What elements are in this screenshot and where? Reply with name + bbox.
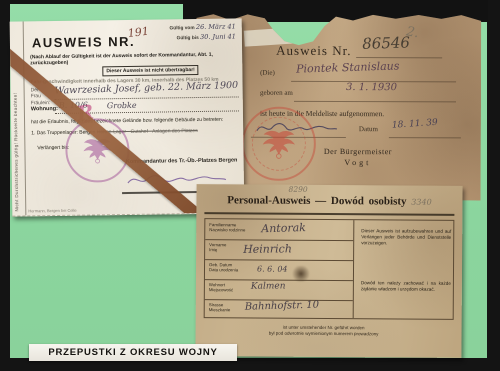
personal-ausweis-document: 8290 Personal-Ausweis — Dowód osobisty 3… (195, 184, 462, 358)
rule-line (294, 101, 456, 103)
mayor-block: Der Bürgermeister Vogt (324, 147, 392, 167)
eagle-icon (256, 128, 302, 160)
footer-note: ist unter umstehender Nr. geführt worden… (196, 324, 452, 337)
holder-name-handwriting: Piontek Stanislaus (296, 59, 400, 75)
valid-to-label: Gültig bis (177, 36, 199, 41)
field-value-firstname: Heinrich (243, 242, 292, 256)
photo-frame: Ausweis Nr. 86546 (Die) Piontek Stanisla… (0, 0, 500, 371)
rule-line (356, 57, 442, 58)
fields-table: Familienname Nazwisko rodzinne Antorak V… (204, 218, 455, 320)
field-value-street: Bahnhofstr. 10 (245, 300, 320, 313)
title-rule (204, 212, 454, 216)
pencil-mark-3340: 3340 (411, 198, 431, 207)
row-divider (205, 259, 353, 261)
field-value-birthdate: 6. 6. 04 (257, 264, 288, 273)
return-note: (Nach Ablauf der Gültigkeit ist der Ausw… (30, 51, 239, 66)
ausweis-white-title: AUSWEIS NR. (32, 34, 135, 50)
valid-to-row: Gültig bis 30. Juni 41 (177, 32, 236, 41)
ink-blot (291, 266, 311, 282)
caption-label-text: PRZEPUSTKI Z OKRESU WOJNY (48, 347, 217, 358)
field-label-birthdate: Geb. Datum Data urodzenia (209, 262, 238, 272)
label-pl: Data urodzenia (209, 267, 238, 272)
eagle-stamp-red (242, 107, 316, 181)
personal-ausweis-title: Personal-Ausweis — Dowód osobisty 3340 (196, 194, 462, 208)
field-label-surname: Familienname Nazwisko rodzinne (209, 222, 245, 232)
keep-note-german: Dieser Ausweis ist aufzubewahren und auf… (361, 228, 451, 247)
mayor-name: Vogt (324, 158, 392, 167)
field-label-firstname: Vorname Imię (209, 242, 226, 252)
table-divider (353, 220, 355, 318)
pencil-mark-2: 2. (405, 24, 420, 41)
die-label: (Die) (260, 69, 275, 77)
address-handwriting-2: Grobke (107, 101, 137, 110)
born-label: geboren am (260, 89, 293, 97)
address-label: Wohnung: (31, 106, 58, 113)
printer-imprint: Hermann, Bergen bei Celle (28, 208, 76, 214)
ausweis-brown-number: 86546 (362, 33, 410, 52)
row-divider (205, 239, 353, 241)
label-pl: Miejscowość (209, 287, 233, 292)
valid-from-row: Gültig vom 26. März 41 (169, 22, 235, 31)
field-label-street: Strasse Mieszkanie (209, 302, 231, 312)
field-value-surname: Antorak (261, 221, 306, 235)
valid-to-value: 30. Juni 41 (200, 32, 236, 40)
keep-note-polish: Dowód ten należy zachować i na każde żąd… (361, 280, 451, 293)
field-label-residence: Wohnort Miejscowość (209, 282, 233, 292)
label-pl: Imię (209, 247, 226, 252)
birth-date-handwriting: 3. 1. 1930 (346, 82, 397, 93)
date-label: Datum (359, 125, 378, 133)
permission-note: hat die Erlaubnis, folgendes bezeichnete… (31, 116, 239, 125)
valid-from-label: Gültig vom (170, 26, 195, 31)
not-transferable-note: Dieser Ausweis ist nicht übertragbar! (102, 65, 199, 76)
caption-label: PRZEPUSTKI Z OKRESU WOJNY (29, 344, 237, 361)
ausweis-brown-title: Ausweis Nr. (276, 43, 351, 59)
valid-from-value: 26. März 41 (196, 22, 236, 31)
date-handwriting: 18. 11. 39 (392, 118, 438, 131)
rule-line (55, 96, 239, 100)
label-pl: Mieszkanie (209, 307, 231, 312)
ausweis-white-number: 191 (127, 25, 149, 40)
mayor-title: Der Bürgermeister (324, 147, 392, 156)
camp-line: 1. Das Truppenlager: Bergen Hohne-Lager … (31, 127, 239, 136)
footer-note-polish: był pod odwrotnie wymienionym numerem pr… (196, 330, 452, 338)
field-value-residence: Kalmen (251, 281, 286, 291)
rule-line (389, 137, 461, 138)
label-pl: Nazwisko rodzinne (209, 227, 245, 232)
personal-ausweis-title-text: Personal-Ausweis — Dowód osobisty (227, 194, 406, 207)
pencil-mark-8290: 8290 (289, 185, 308, 194)
